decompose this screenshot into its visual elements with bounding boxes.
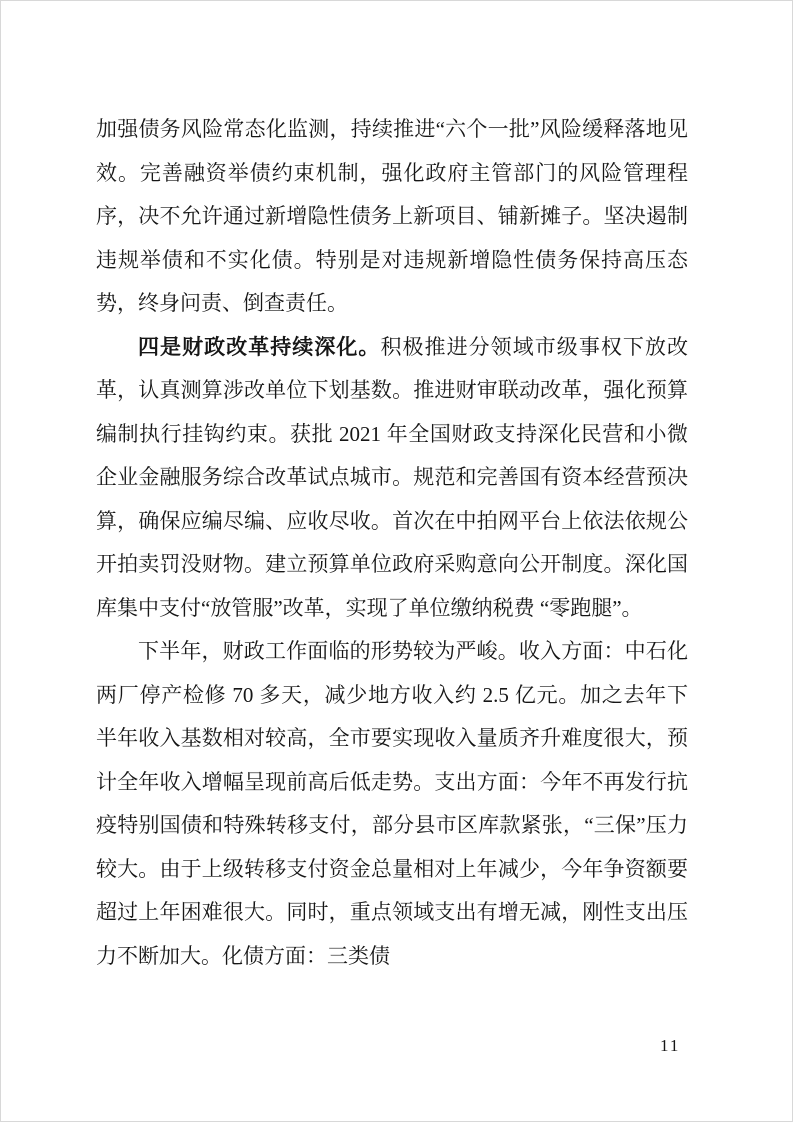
paragraph-fiscal-reform-lead: 四是财政改革持续深化。 — [138, 335, 380, 359]
paragraph-debt-risk-text: 加强债务风险常态化监测，持续推进“六个一批”风险缓释落地见效。完善融资举债约束机… — [96, 117, 688, 315]
paragraph-second-half-outlook: 下半年，财政工作面临的形势较为严峻。收入方面：中石化两厂停产检修 70 多天，减… — [96, 630, 688, 978]
paragraph-fiscal-reform-text: 积极推进分领域市级事权下放改革，认真测算涉改单位下划基数。推进财审联动改革，强化… — [96, 335, 688, 620]
paragraph-fiscal-reform: 四是财政改革持续深化。积极推进分领域市级事权下放改革，认真测算涉改单位下划基数。… — [96, 326, 688, 631]
paragraph-second-half-outlook-text: 下半年，财政工作面临的形势较为严峻。收入方面：中石化两厂停产检修 70 多天，减… — [96, 639, 688, 968]
paragraph-debt-risk: 加强债务风险常态化监测，持续推进“六个一批”风险缓释落地见效。完善融资举债约束机… — [96, 108, 688, 326]
page-number: 11 — [660, 1035, 680, 1057]
document-page: 加强债务风险常态化监测，持续推进“六个一批”风险缓释落地见效。完善融资举债约束机… — [0, 0, 793, 1122]
document-body: 加强债务风险常态化监测，持续推进“六个一批”风险缓释落地见效。完善融资举债约束机… — [96, 108, 688, 978]
